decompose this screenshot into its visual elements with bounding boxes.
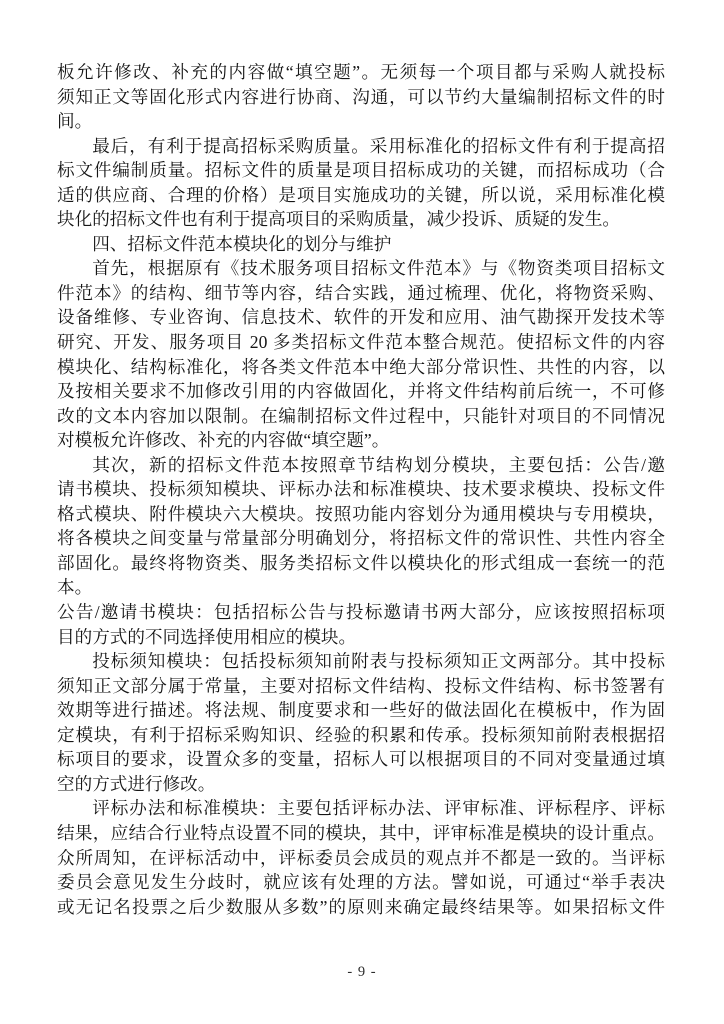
text-line: 研究、开发、服务项目 20 多类招标文件范本整合规范。使招标文件的内容 (57, 330, 665, 355)
text-line: 其次，新的招标文件范本按照章节结构划分模块，主要包括：公告/邀 (57, 453, 665, 478)
text-line: 将各模块之间变量与常量部分明确划分，将招标文件的常识性、共性内容全 (57, 526, 665, 551)
text-line: 结果，应结合行业特点设置不同的模块，其中，评审标准是模块的设计重点。 (57, 821, 665, 846)
text-line: 须知正文部分属于常量，主要对招标文件结构、投标文件结构、标书签署有 (57, 674, 665, 699)
text-line: 部固化。最终将物资类、服务类招标文件以模块化的形式组成一套统一的范 (57, 551, 665, 576)
text-line: 适的供应商、合理的价格）是项目实施成功的关键，所以说，采用标准化模 (57, 183, 665, 208)
text-line: 空的方式进行修改。 (57, 772, 665, 797)
text-line: 标文件编制质量。招标文件的质量是项目招标成功的关键，而招标成功（合 (57, 158, 665, 183)
text-line: 对模板允许修改、补充的内容做“填空题”。 (57, 428, 665, 453)
page-footer: - 9 - (0, 963, 724, 981)
text-line: 本。 (57, 575, 665, 600)
text-line: 定模块，有利于招标采购知识、经验的积累和传承。投标须知前附表根据招 (57, 723, 665, 748)
text-line: 或无记名投票之后少数服从多数”的原则来确定最终结果等。如果招标文件 (57, 895, 665, 920)
text-line: 块化的招标文件也有利于提高项目的采购质量，减少投诉、质疑的发生。 (57, 207, 665, 232)
text-line: 最后，有利于提高招标采购质量。采用标准化的招标文件有利于提高招 (57, 134, 665, 159)
text-line: 模块化、结构标准化，将各类文件范本中绝大部分常识性、共性的内容，以 (57, 355, 665, 380)
text-line: 请书模块、投标须知模块、评标办法和标准模块、技术要求模块、投标文件 (57, 477, 665, 502)
text-line: 公告/邀请书模块：包括招标公告与投标邀请书两大部分，应该按照招标项 (57, 600, 665, 625)
text-line: 目的方式的不同选择使用相应的模块。 (57, 625, 665, 650)
text-line: 首先，根据原有《技术服务项目招标文件范本》与《物资类项目招标文 (57, 256, 665, 281)
text-line: 及按相关要求不加修改引用的内容做固化，并将文件结构前后统一，不可修 (57, 379, 665, 404)
text-line: 众所周知，在评标活动中，评标委员会成员的观点并不都是一致的。当评标 (57, 846, 665, 871)
text-line: 委员会意见发生分歧时，就应该有处理的方法。譬如说，可通过“举手表决 (57, 870, 665, 895)
text-line: 板允许修改、补充的内容做“填空题”。无须每一个项目都与采购人就投标 (57, 60, 665, 85)
document-body-text: 板允许修改、补充的内容做“填空题”。无须每一个项目都与采购人就投标须知正文等固化… (57, 60, 665, 919)
text-line: 标项目的要求，设置众多的变量，招标人可以根据项目的不同对变量通过填 (57, 747, 665, 772)
text-line: 格式模块、附件模块六大模块。按照功能内容划分为通用模块与专用模块， (57, 502, 665, 527)
text-line: 改的文本内容加以限制。在编制招标文件过程中，只能针对项目的不同情况 (57, 404, 665, 429)
text-line: 须知正文等固化形式内容进行协商、沟通，可以节约大量编制招标文件的时 (57, 85, 665, 110)
text-line: 四、招标文件范本模块化的划分与维护 (57, 232, 665, 257)
text-line: 投标须知模块：包括投标须知前附表与投标须知正文两部分。其中投标 (57, 649, 665, 674)
text-line: 设备维修、专业咨询、信息技术、软件的开发和应用、油气勘探开发技术等 (57, 305, 665, 330)
text-line: 评标办法和标准模块：主要包括评标办法、评审标准、评标程序、评标 (57, 796, 665, 821)
text-line: 效期等进行描述。将法规、制度要求和一些好的做法固化在模板中，作为固 (57, 698, 665, 723)
page-number: - 9 - (347, 964, 376, 980)
text-line: 间。 (57, 109, 665, 134)
document-page: 板允许修改、补充的内容做“填空题”。无须每一个项目都与采购人就投标须知正文等固化… (0, 0, 724, 1024)
text-line: 件范本》的结构、细节等内容，结合实践，通过梳理、优化，将物资采购、 (57, 281, 665, 306)
